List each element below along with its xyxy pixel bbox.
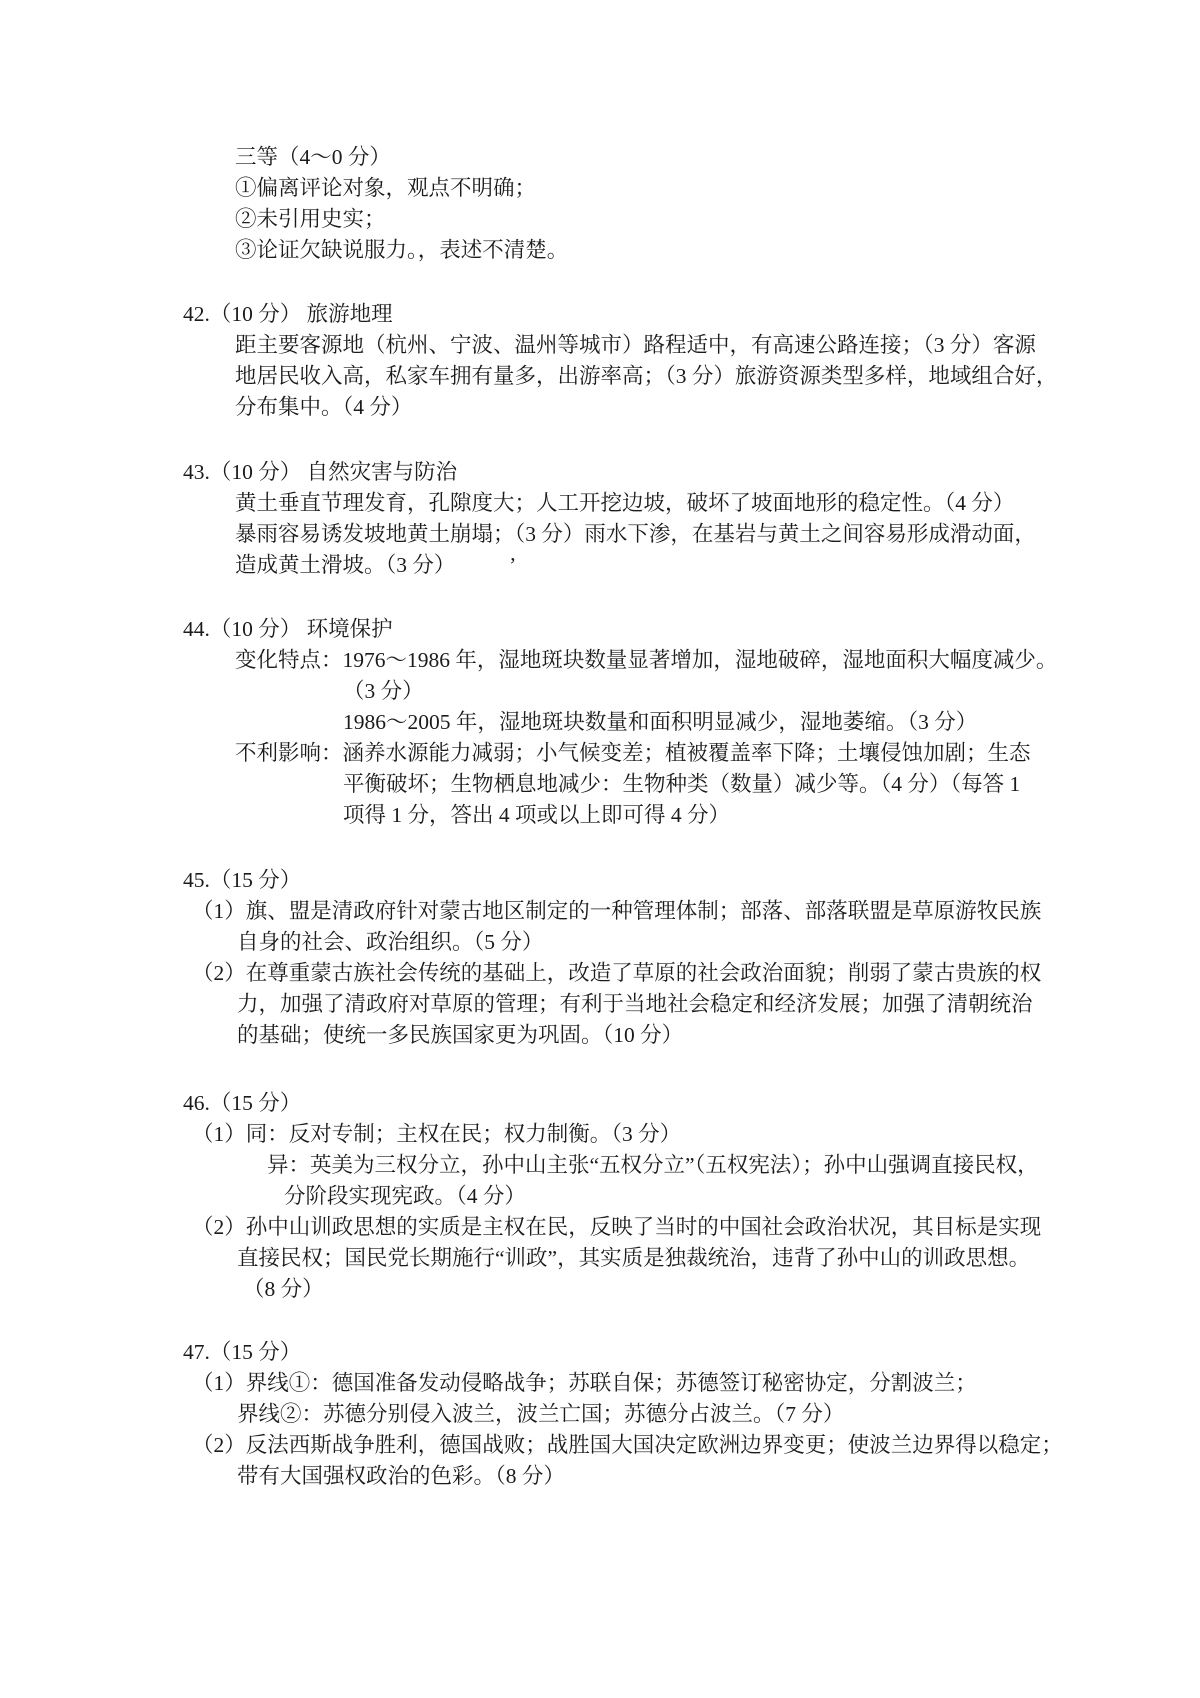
- text-line: （8 分）: [0, 1274, 1200, 1305]
- exam-answer-key-page: 三等（4～0 分） ①偏离评论对象，观点不明确； ②未引用史实； ③论证欠缺说服…: [0, 0, 1200, 1698]
- text-line: 平衡破坏；生物栖息地减少：生物种类（数量）减少等。（4 分）（每答 1: [0, 769, 1200, 800]
- question-heading: 42.（10 分） 旅游地理: [0, 299, 1200, 330]
- text-line: 自身的社会、政治组织。（5 分）: [0, 927, 1200, 958]
- question-heading: 46.（15 分）: [0, 1088, 1200, 1119]
- question-heading: 44.（10 分） 环境保护: [0, 614, 1200, 645]
- text-line: （3 分）: [0, 676, 1200, 707]
- text-line: 造成黄土滑坡。（3 分） ’: [0, 550, 1200, 581]
- text-line: 地居民收入高，私家车拥有量多，出游率高；（3 分）旅游资源类型多样，地域组合好，: [0, 361, 1200, 392]
- text-line: 直接民权；国民党长期施行“训政”，其实质是独裁统治，违背了孙中山的训政思想。: [0, 1243, 1200, 1274]
- text-line: 暴雨容易诱发坡地黄土崩塌；（3 分）雨水下渗，在基岩与黄土之间容易形成滑动面，: [0, 519, 1200, 550]
- text-line: ②未引用史实；: [0, 204, 1200, 235]
- text-line: （1）界线①：德国准备发动侵略战争；苏联自保；苏德签订秘密协定，分割波兰；: [0, 1368, 1200, 1399]
- text-line: 三等（4～0 分）: [0, 142, 1200, 173]
- block-question-45: 45.（15 分） （1）旗、盟是清政府针对蒙古地区制定的一种管理体制；部落、部…: [0, 865, 1200, 1051]
- text-line: 变化特点：1976～1986 年，湿地斑块数量显著增加，湿地破碎，湿地面积大幅度…: [0, 645, 1200, 676]
- question-heading: 47.（15 分）: [0, 1337, 1200, 1368]
- text-line: 分阶段实现宪政。（4 分）: [0, 1181, 1200, 1212]
- text-line: 分布集中。（4 分）: [0, 392, 1200, 423]
- text-line: 项得 1 分，答出 4 项或以上即可得 4 分）: [0, 800, 1200, 831]
- text-line: 界线②：苏德分别侵入波兰，波兰亡国；苏德分占波兰。（7 分）: [0, 1399, 1200, 1430]
- block-question-42: 42.（10 分） 旅游地理 距主要客源地（杭州、宁波、温州等城市）路程适中，有…: [0, 299, 1200, 423]
- block-question-43: 43.（10 分） 自然灾害与防治 黄土垂直节理发育，孔隙度大；人工开挖边坡，破…: [0, 457, 1200, 581]
- text-line: （1）同：反对专制；主权在民；权力制衡。（3 分）: [0, 1119, 1200, 1150]
- text-line: 不利影响：涵养水源能力减弱；小气候变差；植被覆盖率下降；土壤侵蚀加剧；生态: [0, 738, 1200, 769]
- text-line: 带有大国强权政治的色彩。（8 分）: [0, 1461, 1200, 1492]
- block-question-47: 47.（15 分） （1）界线①：德国准备发动侵略战争；苏联自保；苏德签订秘密协…: [0, 1337, 1200, 1492]
- text-line: 的基础；使统一多民族国家更为巩固。（10 分）: [0, 1020, 1200, 1051]
- text-line: ①偏离评论对象，观点不明确；: [0, 173, 1200, 204]
- text-line: 力，加强了清政府对草原的管理；有利于当地社会稳定和经济发展；加强了清朝统治: [0, 989, 1200, 1020]
- text-line: （1）旗、盟是清政府针对蒙古地区制定的一种管理体制；部落、部落联盟是草原游牧民族: [0, 896, 1200, 927]
- text-line: 黄土垂直节理发育，孔隙度大；人工开挖边坡，破坏了坡面地形的稳定性。（4 分）: [0, 488, 1200, 519]
- block-question-46: 46.（15 分） （1）同：反对专制；主权在民；权力制衡。（3 分） 异：英美…: [0, 1088, 1200, 1305]
- question-heading: 43.（10 分） 自然灾害与防治: [0, 457, 1200, 488]
- text-line: 距主要客源地（杭州、宁波、温州等城市）路程适中，有高速公路连接；（3 分）客源: [0, 330, 1200, 361]
- text-line: （2）反法西斯战争胜利，德国战败；战胜国大国决定欧洲边界变更；使波兰边界得以稳定…: [0, 1430, 1200, 1461]
- block-grading-tier-3: 三等（4～0 分） ①偏离评论对象，观点不明确； ②未引用史实； ③论证欠缺说服…: [0, 142, 1200, 266]
- question-heading: 45.（15 分）: [0, 865, 1200, 896]
- text-line: 异：英美为三权分立，孙中山主张“五权分立”（五权宪法）；孙中山强调直接民权，: [0, 1150, 1200, 1181]
- text-line: 1986～2005 年，湿地斑块数量和面积明显减少，湿地萎缩。（3 分）: [0, 707, 1200, 738]
- text-line: （2）孙中山训政思想的实质是主权在民，反映了当时的中国社会政治状况，其目标是实现: [0, 1212, 1200, 1243]
- text-line: （2）在尊重蒙古族社会传统的基础上，改造了草原的社会政治面貌；削弱了蒙古贵族的权: [0, 958, 1200, 989]
- text-line: ③论证欠缺说服力。，表述不清楚。: [0, 235, 1200, 266]
- block-question-44: 44.（10 分） 环境保护 变化特点：1976～1986 年，湿地斑块数量显著…: [0, 614, 1200, 831]
